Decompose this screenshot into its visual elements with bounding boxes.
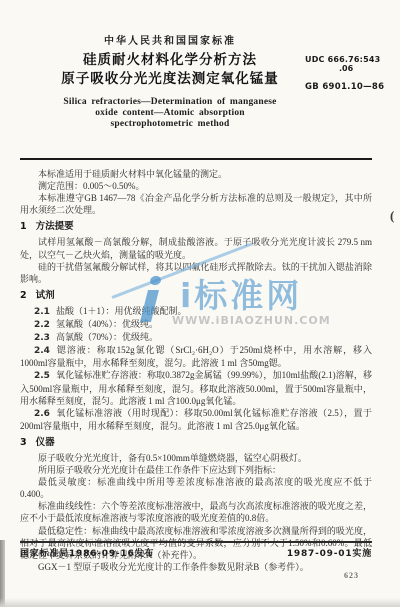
issued-date: 国家标准局1986-09-16发布 <box>20 546 154 559</box>
item-text: 氢氟酸（40%）：优级纯。 <box>56 319 158 329</box>
item-text: 氧化锰标准贮存溶液：称取0.3872g金属锰（99.99%），加10ml盐酸(2… <box>20 370 372 405</box>
item-text: 盐酸（1＋1）：用优级纯酸配制。 <box>56 306 187 316</box>
english-title: Silica refractories—Determination of man… <box>20 97 320 130</box>
scan-edge-shadow-left <box>0 540 5 607</box>
page-title: 硅质耐火材料化学分析方法 原子吸收分光光度法测定氧化锰量 <box>20 51 320 89</box>
section-number: 2 <box>20 290 27 301</box>
item-number: 2.2 <box>34 320 50 330</box>
section-title: 仪器 <box>36 437 55 448</box>
reagent-item: 2.1盐酸（1＋1）：用优级纯酸配制。 <box>20 305 372 318</box>
intro-paragraph: 测定范围：0.005～0.50%。 <box>20 180 372 192</box>
document-header: 中华人民共和国国家标准 硅质耐火材料化学分析方法 原子吸收分光光度法测定氧化锰量… <box>20 32 320 130</box>
page-number: 623 <box>344 571 359 580</box>
item-text: 锶溶液：称取152g氯化锶（SrCl₂·6H₂O）于250ml烧杯中，用水溶解，… <box>20 345 372 368</box>
reagent-item: 2.5氧化锰标准贮存溶液：称取0.3872g金属锰（99.99%），加10ml盐… <box>20 369 372 406</box>
implementation-date: 1987-09-01实施 <box>287 546 372 559</box>
standard-label: 中华人民共和国国家标准 <box>20 32 320 47</box>
english-title-line-3: spectrophotometric method <box>20 119 320 130</box>
body-paragraph: 原子吸收分光光度计，备有0.5×100mm单缝燃烧器，锰空心阴极灯。 <box>20 452 372 464</box>
document-footer: 国家标准局1986-09-16发布 1987-09-01实施 <box>20 546 372 559</box>
title-line-1: 硅质耐火材料化学分析方法 <box>20 51 320 70</box>
udc-code-block: UDC 666.76:543 .06 GB 6901.10—86 <box>305 55 397 92</box>
udc-number: UDC 666.76:543 <box>305 55 397 64</box>
standard-code: GB 6901.10—86 <box>305 82 397 92</box>
section-heading-apparatus: 3仪器 <box>20 437 372 449</box>
section-heading-method-summary: 1方法提要 <box>20 221 372 233</box>
udc-number-continued: .06 <box>339 64 397 73</box>
scan-artifact-parenthesis: ( <box>390 208 394 224</box>
body-paragraph: 所用原子吸收分光光度计在最佳工作条件下应达到下列指标： <box>20 464 372 476</box>
english-title-line-1: Silica refractories—Determination of man… <box>20 97 320 108</box>
scan-edge-shadow-bottom <box>0 598 400 607</box>
section-title: 试剂 <box>36 290 55 301</box>
title-line-2: 原子吸收分光光度法测定氧化锰量 <box>20 70 320 89</box>
item-number: 2.4 <box>34 346 50 356</box>
reagent-item: 2.4锶溶液：称取152g氯化锶（SrCl₂·6H₂O）于250ml烧杯中，用水… <box>20 344 372 369</box>
reagent-item: 2.6氧化锰标准溶液（用时现配）：移取50.00ml氧化锰标准贮存溶液（2.5）… <box>20 407 372 432</box>
reagent-item: 2.3高氯酸（70%）：优级纯。 <box>20 331 372 344</box>
document-body: 本标准适用于硅质耐火材料中氧化锰量的测定。 测定范围：0.005～0.50%。 … <box>20 168 372 573</box>
intro-paragraph: 本标准适用于硅质耐火材料中氧化锰量的测定。 <box>20 168 372 180</box>
item-number: 2.1 <box>34 307 50 317</box>
section-title: 方法提要 <box>36 221 74 232</box>
item-number: 2.3 <box>34 333 50 343</box>
item-text: 高氯酸（70%）：优级纯。 <box>56 332 158 342</box>
english-title-line-2: oxide content—Atomic absorption <box>20 108 320 119</box>
body-paragraph: 标准曲线线性：六个等差浓度标准溶液中，最高与次高浓度标准溶液的吸光度之差，应不小… <box>20 500 372 524</box>
item-number: 2.5 <box>34 371 50 381</box>
body-paragraph: 最低灵敏度：标准曲线中所用等差浓度标准溶液的最高浓度的吸光度应不低于0.400。 <box>20 476 372 500</box>
reagent-item: 2.2氢氟酸（40%）：优级纯。 <box>20 318 372 331</box>
section-number: 1 <box>20 221 27 232</box>
intro-paragraph: 本标准遵守GB 1467—78《冶金产品化学分析方法标准的总则及一般规定》，其中… <box>20 192 372 216</box>
header-divider-rule <box>20 158 372 160</box>
section-number: 3 <box>20 437 27 448</box>
item-text: 氧化锰标准溶液（用时现配）：移取50.00ml氧化锰标准贮存溶液（2.5），置于… <box>20 408 372 431</box>
body-paragraph: 硅的干扰借氢氟酸分解试样，将其以四氟化硅形式挥散除去。钛的干扰加入锶盐消除影响。 <box>20 261 372 285</box>
section-heading-reagents: 2试剂 <box>20 290 372 302</box>
item-number: 2.6 <box>34 409 50 419</box>
body-paragraph: GGX－1 型原子吸收分光光度计的工作条件参数见附录B（参考件）。 <box>20 561 372 573</box>
footer-divider-rule <box>20 541 372 543</box>
body-paragraph: 试样用氢氟酸－高氯酸分解，制成盐酸溶液。于原子吸收分光光度计波长 279.5 n… <box>20 236 372 260</box>
scanned-standard-page: 中华人民共和国国家标准 硅质耐火材料化学分析方法 原子吸收分光光度法测定氧化锰量… <box>0 0 400 607</box>
